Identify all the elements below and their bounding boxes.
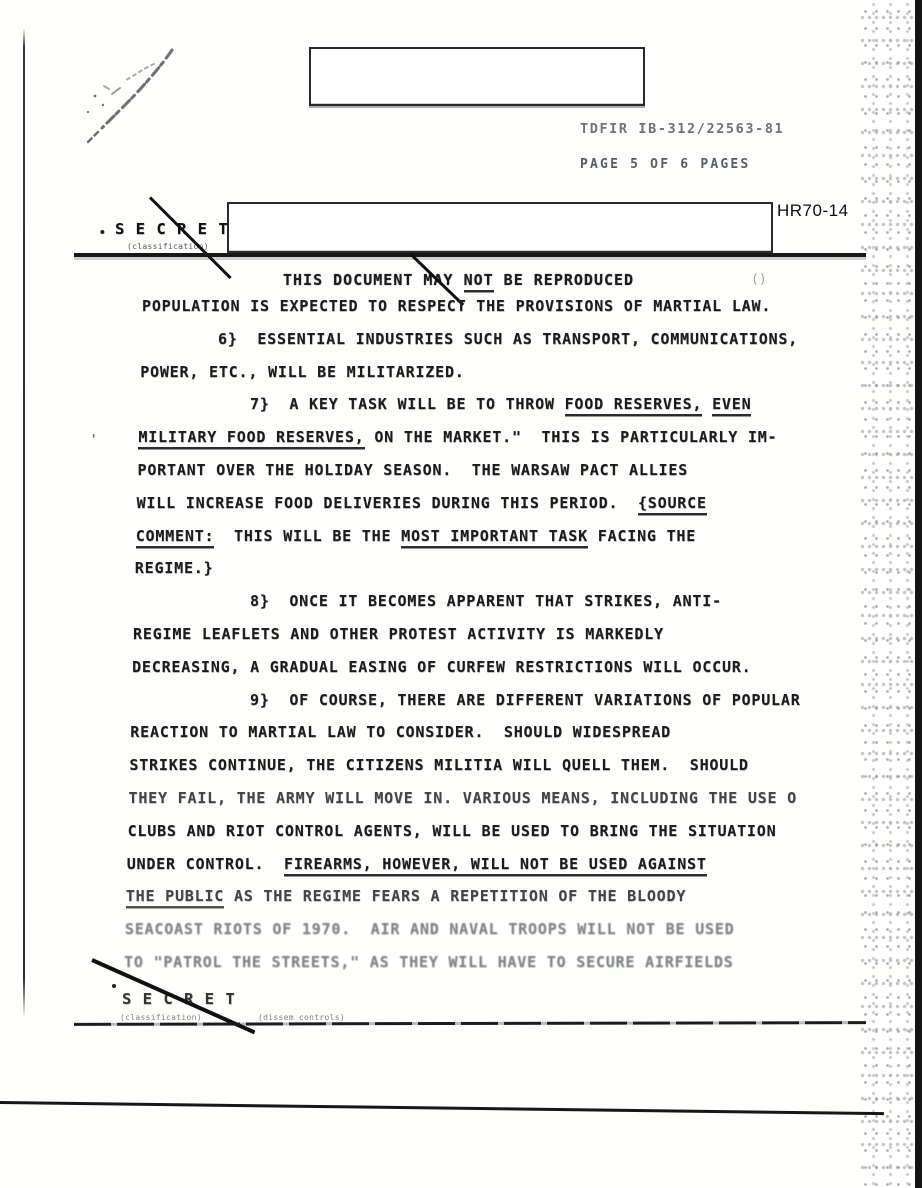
body-line-text: TO "PATROL THE STREETS," AS THEY WILL HA…	[124, 953, 734, 971]
bullet-mark-top: •	[99, 224, 106, 242]
body-line: SEACOAST RIOTS OF 1970. AIR AND NAVAL TR…	[125, 920, 735, 938]
redaction-box-classification	[227, 202, 773, 253]
body-line: DECREASING, A GRADUAL EASING OF CURFEW R…	[132, 658, 751, 676]
body-line-text: 7} A KEY TASK WILL BE TO THROW	[250, 395, 565, 413]
notice-underlined: NOT	[464, 271, 494, 290]
page-count: PAGE 5 OF 6 PAGES	[580, 157, 750, 172]
body-line-text: AS THE REGIME FEARS A REPETITION OF THE …	[224, 887, 686, 905]
body-line-text: CLUBS AND RIOT CONTROL AGENTS, WILL BE U…	[128, 822, 777, 840]
body-line-underlined: EVEN	[712, 395, 751, 414]
right-edge-noise	[858, 0, 916, 1188]
body-line: COMMENT: THIS WILL BE THE MOST IMPORTANT…	[136, 527, 696, 545]
release-stamp: HR70-14	[777, 201, 849, 221]
body-line-text: REGIME.}	[135, 559, 214, 577]
body-line: THEY FAIL, THE ARMY WILL MOVE IN. VARIOU…	[129, 789, 798, 807]
body-line-text: STRIKES CONTINUE, THE CITIZENS MILITIA W…	[129, 756, 748, 774]
body-line-text: FACING THE	[588, 527, 696, 545]
body-line: 6} ESSENTIAL INDUSTRIES SUCH AS TRANSPOR…	[218, 330, 798, 348]
reproduction-notice: THIS DOCUMENT MAY NOT BE REPRODUCED	[283, 271, 634, 289]
body-line: CLUBS AND RIOT CONTROL AGENTS, WILL BE U…	[128, 822, 777, 840]
body-line: POWER, ETC., WILL BE MILITARIZED.	[140, 363, 464, 381]
body-line-text: ON THE MARKET." THIS IS PARTICULARLY IM-	[365, 428, 778, 446]
body-line: PORTANT OVER THE HOLIDAY SEASON. THE WAR…	[138, 461, 689, 479]
body-line-text	[702, 395, 712, 413]
body-line: TO "PATROL THE STREETS," AS THEY WILL HA…	[124, 953, 734, 971]
classification-sublabel-bottom: (classification)	[120, 1013, 202, 1022]
header-rule	[74, 253, 866, 257]
left-edge-scan-line	[23, 28, 25, 1018]
body-line-underlined: FIREARMS, HOWEVER, WILL NOT BE USED AGAI…	[284, 855, 707, 874]
document-page: TDFIR IB-312/22563-81 PAGE 5 OF 6 PAGES …	[0, 0, 922, 1188]
body-line-underlined: {SOURCE	[638, 494, 707, 513]
handwritten-scribble	[68, 42, 198, 147]
body-line-text: UNDER CONTROL.	[127, 855, 284, 873]
notice-side-mark: ()	[751, 272, 767, 287]
footer-rule	[74, 1021, 866, 1026]
body-line: UNDER CONTROL. FIREARMS, HOWEVER, WILL N…	[127, 855, 707, 873]
body-line-text: POWER, ETC., WILL BE MILITARIZED.	[140, 363, 464, 381]
body-line-text: DECREASING, A GRADUAL EASING OF CURFEW R…	[132, 658, 751, 676]
right-edge-band	[915, 0, 922, 1188]
body-line: THE PUBLIC AS THE REGIME FEARS A REPETIT…	[126, 887, 686, 905]
body-line-text: POPULATION IS EXPECTED TO RESPECT THE PR…	[142, 297, 771, 315]
redaction-box-top	[309, 47, 645, 106]
body-line: REGIME.}	[135, 559, 214, 577]
body-line-underlined: MOST IMPORTANT TASK	[401, 527, 588, 546]
body-line: 7} A KEY TASK WILL BE TO THROW FOOD RESE…	[250, 395, 751, 413]
body-line: 8} ONCE IT BECOMES APPARENT THAT STRIKES…	[250, 592, 722, 610]
body-line-text: THEY FAIL, THE ARMY WILL MOVE IN. VARIOU…	[129, 789, 798, 807]
secret-stamp-top: S E C R E T	[115, 220, 229, 238]
body-line-text: REGIME LEAFLETS AND OTHER PROTEST ACTIVI…	[133, 625, 664, 643]
body-line: REGIME LEAFLETS AND OTHER PROTEST ACTIVI…	[133, 625, 664, 643]
body-line-text: REACTION TO MARTIAL LAW TO CONSIDER. SHO…	[130, 723, 671, 741]
body-line-underlined: THE PUBLIC	[126, 887, 224, 906]
bottom-page-line	[0, 1101, 884, 1115]
body-line: MILITARY FOOD RESERVES, ON THE MARKET." …	[138, 428, 777, 446]
body-line-text: PORTANT OVER THE HOLIDAY SEASON. THE WAR…	[138, 461, 689, 479]
body-line: 9} OF COURSE, THERE ARE DIFFERENT VARIAT…	[250, 691, 801, 709]
body-line-text: THIS WILL BE THE	[214, 527, 401, 545]
body-line-text: SEACOAST RIOTS OF 1970. AIR AND NAVAL TR…	[125, 920, 735, 938]
body-line-underlined: MILITARY FOOD RESERVES,	[138, 428, 364, 447]
body-line-underlined: FOOD RESERVES,	[565, 395, 703, 414]
body-line-text: 9} OF COURSE, THERE ARE DIFFERENT VARIAT…	[250, 691, 801, 709]
body-line-text: 6} ESSENTIAL INDUSTRIES SUCH AS TRANSPOR…	[218, 330, 798, 348]
margin-tick: '	[90, 430, 98, 448]
notice-text: BE REPRODUCED	[494, 271, 634, 289]
body-line-text: 8} ONCE IT BECOMES APPARENT THAT STRIKES…	[250, 592, 722, 610]
body-line: WILL INCREASE FOOD DELIVERIES DURING THI…	[137, 494, 707, 512]
body-line: STRIKES CONTINUE, THE CITIZENS MILITIA W…	[129, 756, 748, 774]
body-line: REACTION TO MARTIAL LAW TO CONSIDER. SHO…	[130, 723, 671, 741]
body-line-text: WILL INCREASE FOOD DELIVERIES DURING THI…	[137, 494, 638, 512]
dissem-controls-sublabel: (dissem controls)	[258, 1013, 345, 1022]
body-line-underlined: COMMENT:	[136, 527, 215, 546]
body-line: POPULATION IS EXPECTED TO RESPECT THE PR…	[142, 297, 771, 315]
bullet-mark-bottom	[112, 984, 116, 988]
ref-number: TDFIR IB-312/22563-81	[580, 121, 784, 137]
